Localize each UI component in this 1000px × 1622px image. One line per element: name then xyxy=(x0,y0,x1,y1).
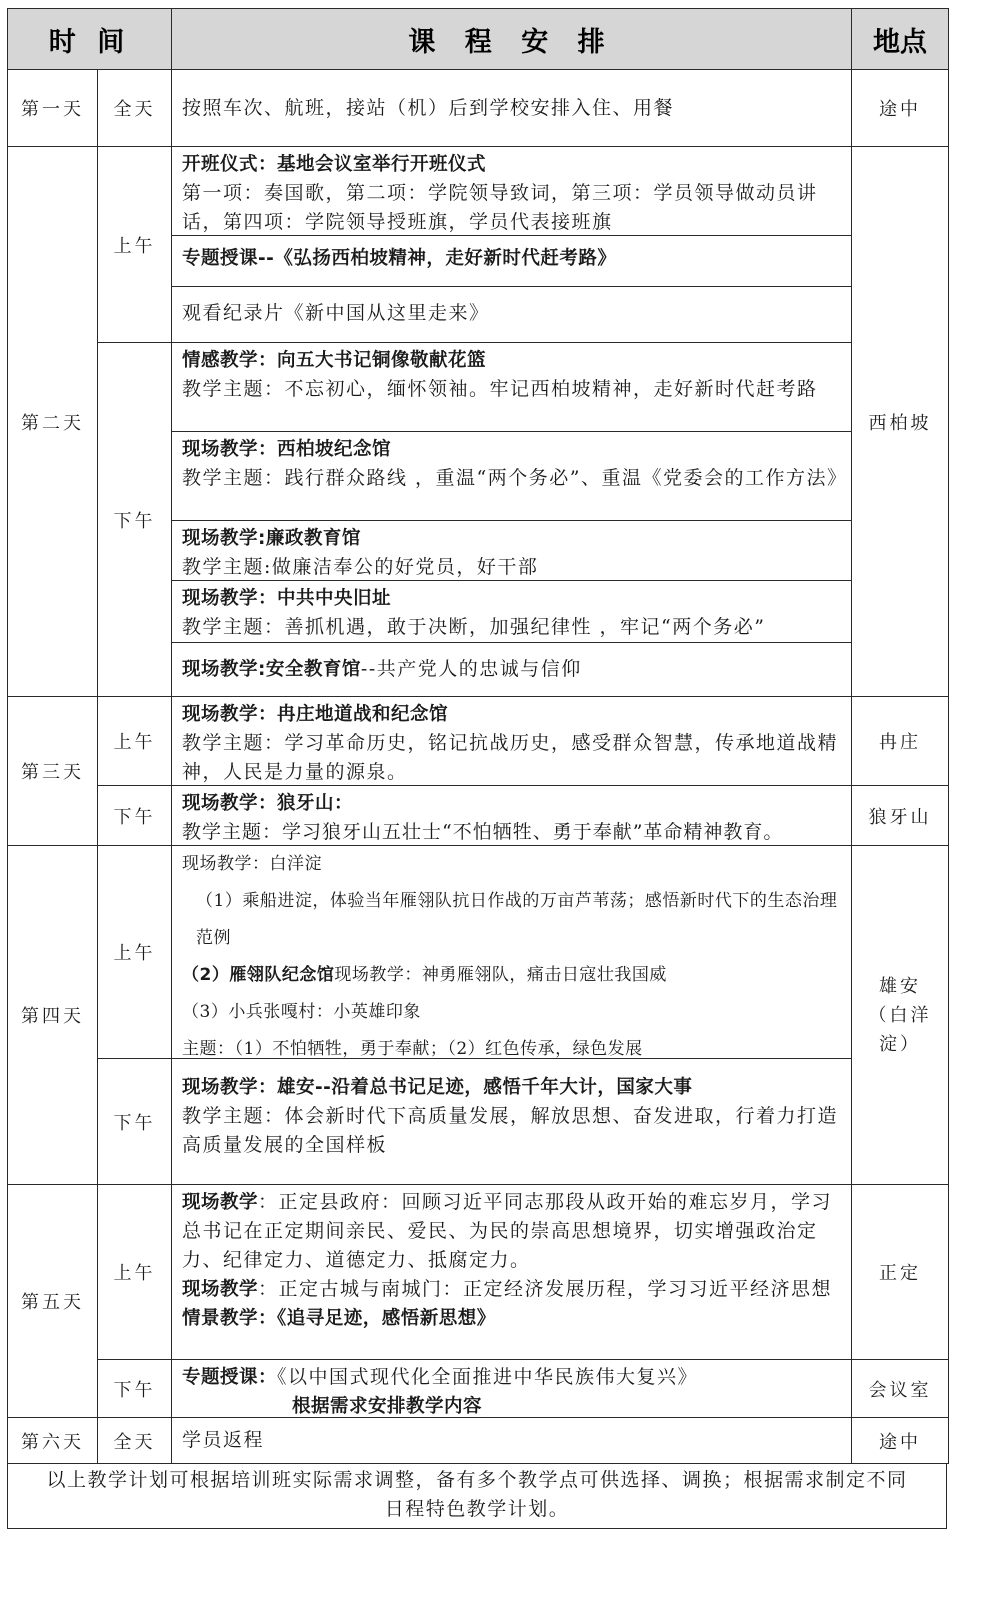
course-block: 现场教学：冉庄地道战和纪念馆 教学主题：学习革命历史，铭记抗战历史，感受群众智慧… xyxy=(172,697,851,785)
location-label: 途中 xyxy=(852,70,949,147)
day-label: 第四天 xyxy=(8,846,98,1185)
block-line: （1）乘船进淀，体验当年雁翎队抗日作战的万亩芦苇荡；感悟新时代下的生态治理范例 xyxy=(182,883,841,957)
block-body: 教学主题：践行群众路线 ，重温“两个务必”、重温《党委会的工作方法》 xyxy=(182,464,841,493)
item-label: 现场教学 xyxy=(182,1192,258,1213)
course-block: 专题授课--《弘扬西柏坡精神，走好新时代赶考路》 xyxy=(172,236,851,287)
day3-pm-row: 下午 现场教学：狼牙山： 教学主题：学习狼牙山五壮士“不怕牺牲、勇于奉献”革命精… xyxy=(8,786,949,846)
course-cell: 现场教学：正定县政府：回顾习近平同志那段从政开始的难忘岁月，学习总书记在正定期间… xyxy=(172,1185,852,1360)
block-title: 现场教学:廉政教育馆 xyxy=(182,524,841,553)
period-label: 下午 xyxy=(98,1360,172,1418)
item-label: 现场教学 xyxy=(182,1279,258,1300)
item-text: 《以中国式现代化全面推进中华民族伟大复兴》 xyxy=(277,1366,698,1388)
block-title: 现场教学：雄安--沿着总书记足迹，感悟千年大计，国家大事 xyxy=(182,1073,841,1102)
period-label: 全天 xyxy=(98,70,172,147)
block-line-text: 现场教学：神勇雁翎队，痛击日寇壮我国威 xyxy=(334,965,667,985)
period-label: 上午 xyxy=(98,846,172,1059)
course-block: 现场教学：白洋淀 （1）乘船进淀，体验当年雁翎队抗日作战的万亩芦苇荡；感悟新时代… xyxy=(172,846,851,1058)
block-body: 教学主题：学习革命历史，铭记抗战历史，感受群众智慧，传承地道战精神，人民是力量的… xyxy=(182,729,841,787)
location-label: 雄安（白洋淀） xyxy=(852,846,949,1185)
day2-pm-row: 下午 情感教学：向五大书记铜像敬献花篮 教学主题：不忘初心，缅怀领袖。牢记西柏坡… xyxy=(8,343,949,697)
period-label: 下午 xyxy=(98,786,172,846)
course-cell: 情感教学：向五大书记铜像敬献花篮 教学主题：不忘初心，缅怀领袖。牢记西柏坡精神，… xyxy=(172,343,852,697)
course-block: 现场教学:安全教育馆--共产党人的忠诚与信仰 xyxy=(172,643,851,696)
course-text: 按照车次、航班，接站（机）后到学校安排入住、用餐 xyxy=(172,91,851,126)
day3-am-row: 第三天 上午 现场教学：冉庄地道战和纪念馆 教学主题：学习革命历史，铭记抗战历史… xyxy=(8,697,949,786)
block-title: 现场教学：西柏坡纪念馆 xyxy=(182,435,841,464)
location-label: 途中 xyxy=(852,1418,949,1464)
course-block: 现场教学:廉政教育馆 教学主题:做廉洁奉公的好党员，好干部 xyxy=(172,521,851,581)
block-suffix: --共产党人的忠诚与信仰 xyxy=(361,658,582,680)
course-cell: 现场教学：白洋淀 （1）乘船进淀，体验当年雁翎队抗日作战的万亩芦苇荡；感悟新时代… xyxy=(172,846,852,1059)
block-body: 教学主题：体会新时代下高质量发展，解放思想、奋发进取，行着力打造高质量发展的全国… xyxy=(182,1102,841,1160)
course-text: 学员返程 xyxy=(172,1423,851,1458)
item-label: 情景教学：《追寻足迹，感悟新思想》 xyxy=(182,1308,496,1329)
block-title: 现场教学：中共中央旧址 xyxy=(182,584,841,613)
footer-note: 以上教学计划可根据培训班实际需求调整，备有多个教学点可供选择、调换；根据需求制定… xyxy=(7,1464,947,1529)
day5-pm-row: 下午 专题授课：《以中国式现代化全面推进中华民族伟大复兴》 根据需求安排教学内容… xyxy=(8,1360,949,1418)
course-block: 专题授课：《以中国式现代化全面推进中华民族伟大复兴》 根据需求安排教学内容 xyxy=(172,1360,851,1417)
header-row: 时 间 课 程 安 排 地点 xyxy=(8,9,949,70)
block-body: 教学主题：善抓机遇，敢于决断，加强纪律性 ，牢记“两个务必” xyxy=(182,613,841,642)
course-block: 观看纪录片《新中国从这里走来》 xyxy=(172,287,851,342)
course-cell: 开班仪式：基地会议室举行开班仪式 第一项：奏国歌，第二项：学院领导致词，第三项：… xyxy=(172,147,852,343)
header-course: 课 程 安 排 xyxy=(172,9,852,70)
item: 现场教学：正定古城与南城门：正定经济发展历程，学习习近平经济思想 xyxy=(182,1275,841,1304)
header-location: 地点 xyxy=(852,9,949,70)
period-label: 全天 xyxy=(98,1418,172,1464)
block-line: 现场教学：白洋淀 xyxy=(182,846,841,883)
course-block: 开班仪式：基地会议室举行开班仪式 第一项：奏国歌，第二项：学院领导致词，第三项：… xyxy=(172,147,851,236)
day-label: 第一天 xyxy=(8,70,98,147)
block-body: 第一项：奏国歌，第二项：学院领导致词，第三项：学员领导做动员讲话，第四项：学院领… xyxy=(182,179,841,237)
day4-am-row: 第四天 上午 现场教学：白洋淀 （1）乘船进淀，体验当年雁翎队抗日作战的万亩芦苇… xyxy=(8,846,949,1059)
block-title: 现场教学：冉庄地道战和纪念馆 xyxy=(182,700,841,729)
day-label: 第二天 xyxy=(8,147,98,697)
schedule-table: 时 间 课 程 安 排 地点 第一天 全天 按照车次、航班，接站（机）后到学校安… xyxy=(7,8,949,1464)
location-label: 狼牙山 xyxy=(852,786,949,846)
block-title: 现场教学：狼牙山： xyxy=(182,789,841,818)
day6-row: 第六天 全天 学员返程 途中 xyxy=(8,1418,949,1464)
header-time: 时 间 xyxy=(8,9,172,70)
course-cell: 现场教学：狼牙山： 教学主题：学习狼牙山五壮士“不怕牺牲、勇于奉献”革命精神教育… xyxy=(172,786,852,846)
day4-pm-row: 下午 现场教学：雄安--沿着总书记足迹，感悟千年大计，国家大事 教学主题：体会新… xyxy=(8,1059,949,1185)
day2-am-row: 第二天 上午 开班仪式：基地会议室举行开班仪式 第一项：奏国歌，第二项：学院领导… xyxy=(8,147,949,343)
block-title: 现场教学:安全教育馆 xyxy=(182,659,361,680)
item: 专题授课：《以中国式现代化全面推进中华民族伟大复兴》 xyxy=(182,1363,841,1392)
item-label: 专题授课： xyxy=(182,1367,277,1388)
location-label: 会议室 xyxy=(852,1360,949,1418)
item: 情景教学：《追寻足迹，感悟新思想》 xyxy=(182,1304,841,1333)
block-line-bold: （2）雁翎队纪念馆 xyxy=(182,965,334,985)
course-block: 现场教学：西柏坡纪念馆 教学主题：践行群众路线 ，重温“两个务必”、重温《党委会… xyxy=(172,432,851,521)
block-body: 教学主题：学习狼牙山五壮士“不怕牺牲、勇于奉献”革命精神教育。 xyxy=(182,818,841,847)
location-label: 西柏坡 xyxy=(852,147,949,697)
schedule-sheet: 时 间 课 程 安 排 地点 第一天 全天 按照车次、航班，接站（机）后到学校安… xyxy=(7,8,948,1529)
day-label: 第五天 xyxy=(8,1185,98,1418)
course-block: 现场教学：狼牙山： 教学主题：学习狼牙山五壮士“不怕牺牲、勇于奉献”革命精神教育… xyxy=(172,786,851,845)
location-label: 正定 xyxy=(852,1185,949,1360)
block-body: 教学主题：不忘初心，缅怀领袖。牢记西柏坡精神，走好新时代赶考路 xyxy=(182,375,841,404)
block-title: 专题授课--《弘扬西柏坡精神，走好新时代赶考路》 xyxy=(182,239,841,279)
block-title: 开班仪式：基地会议室举行开班仪式 xyxy=(182,150,841,179)
period-label: 上午 xyxy=(98,697,172,786)
block-title: 情感教学：向五大书记铜像敬献花篮 xyxy=(182,346,841,375)
period-label: 下午 xyxy=(98,343,172,697)
block-body: 教学主题:做廉洁奉公的好党员，好干部 xyxy=(182,553,841,582)
day-label: 第六天 xyxy=(8,1418,98,1464)
course-cell: 现场教学：雄安--沿着总书记足迹，感悟千年大计，国家大事 教学主题：体会新时代下… xyxy=(172,1059,852,1185)
course-block: 现场教学：正定县政府：回顾习近平同志那段从政开始的难忘岁月，学习总书记在正定期间… xyxy=(172,1185,851,1359)
period-label: 上午 xyxy=(98,1185,172,1360)
course-cell: 按照车次、航班，接站（机）后到学校安排入住、用餐 xyxy=(172,70,852,147)
item-text: ：正定县政府：回顾习近平同志那段从政开始的难忘岁月，学习总书记在正定期间亲民、爱… xyxy=(182,1191,832,1271)
course-block: 现场教学：中共中央旧址 教学主题：善抓机遇，敢于决断，加强纪律性 ，牢记“两个务… xyxy=(172,581,851,643)
location-label: 冉庄 xyxy=(852,697,949,786)
item: 现场教学：正定县政府：回顾习近平同志那段从政开始的难忘岁月，学习总书记在正定期间… xyxy=(182,1188,841,1275)
item-text: ：正定古城与南城门：正定经济发展历程，学习习近平经济思想 xyxy=(258,1278,832,1300)
course-block: 现场教学：雄安--沿着总书记足迹，感悟千年大计，国家大事 教学主题：体会新时代下… xyxy=(172,1059,851,1184)
course-cell: 现场教学：冉庄地道战和纪念馆 教学主题：学习革命历史，铭记抗战历史，感受群众智慧… xyxy=(172,697,852,786)
period-label: 下午 xyxy=(98,1059,172,1185)
day-label: 第三天 xyxy=(8,697,98,846)
block-body: 观看纪录片《新中国从这里走来》 xyxy=(182,299,841,328)
period-label: 上午 xyxy=(98,147,172,343)
day5-am-row: 第五天 上午 现场教学：正定县政府：回顾习近平同志那段从政开始的难忘岁月，学习总… xyxy=(8,1185,949,1360)
block-line: （2）雁翎队纪念馆现场教学：神勇雁翎队，痛击日寇壮我国威 xyxy=(182,957,841,994)
course-cell: 学员返程 xyxy=(172,1418,852,1464)
day1-row: 第一天 全天 按照车次、航班，接站（机）后到学校安排入住、用餐 途中 xyxy=(8,70,949,147)
block-line: （3）小兵张嘎村：小英雄印象 xyxy=(182,994,841,1031)
course-cell: 专题授课：《以中国式现代化全面推进中华民族伟大复兴》 根据需求安排教学内容 xyxy=(172,1360,852,1418)
course-block: 情感教学：向五大书记铜像敬献花篮 教学主题：不忘初心，缅怀领袖。牢记西柏坡精神，… xyxy=(172,343,851,432)
